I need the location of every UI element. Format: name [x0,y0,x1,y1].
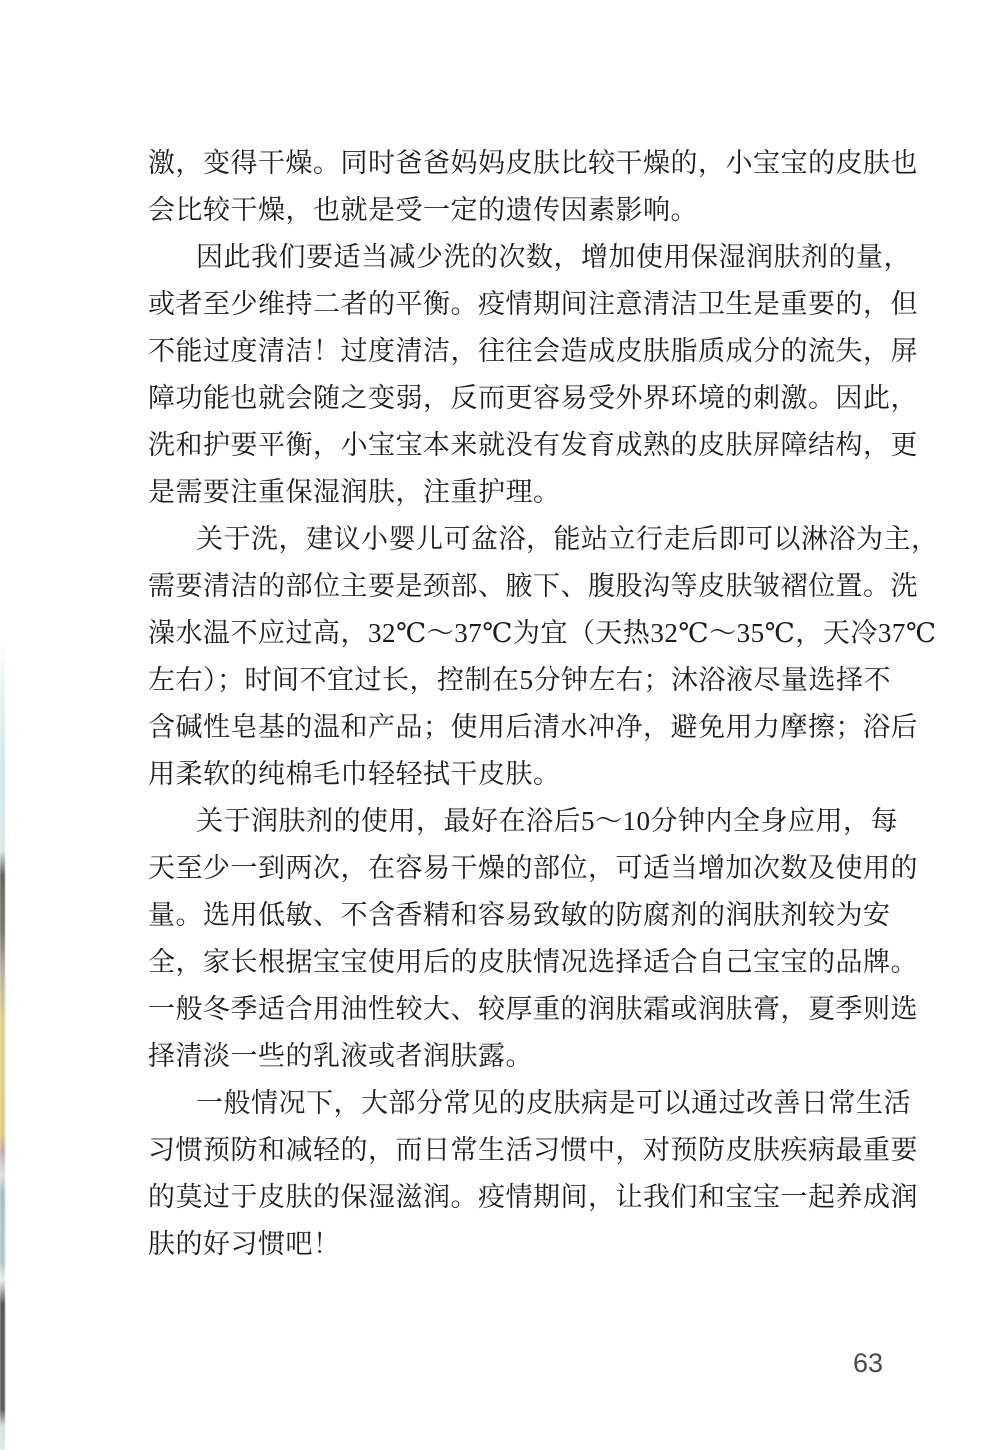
text-line: 澡水温不应过高，32℃～37℃为宜（天热32℃～35℃，天冷37℃ [148,610,879,657]
text-line: 障功能也就会随之变弱，反而更容易受外界环境的刺激。因此， [148,375,879,422]
text-line: 关于润肤剂的使用，最好在浴后5～10分钟内全身应用，每 [148,798,879,845]
text-line: 不能过度清洁！过度清洁，往往会造成皮肤脂质成分的流失，屏 [148,328,879,375]
text-line: 激，变得干燥。同时爸爸妈妈皮肤比较干燥的，小宝宝的皮肤也 [148,140,879,187]
text-line: 会比较干燥，也就是受一定的遗传因素影响。 [148,187,879,234]
text-line: 或者至少维持二者的平衡。疫情期间注意清洁卫生是重要的，但 [148,281,879,328]
text-line: 择清淡一些的乳液或者润肤露。 [148,1033,879,1080]
page-number: 63 [848,1348,888,1378]
text-line: 左右）；时间不宜过长，控制在5分钟左右；沐浴液尽量选择不 [148,657,879,704]
text-line: 洗和护要平衡，小宝宝本来就没有发育成熟的皮肤屏障结构，更 [148,422,879,469]
text-line: 用柔软的纯棉毛巾轻轻拭干皮肤。 [148,751,879,798]
text-line: 一般情况下，大部分常见的皮肤病是可以通过改善日常生活 [148,1080,879,1127]
body-text: 激，变得干燥。同时爸爸妈妈皮肤比较干燥的，小宝宝的皮肤也 会比较干燥，也就是受一… [148,140,879,1268]
text-line: 一般冬季适合用油性较大、较厚重的润肤霜或润肤膏，夏季则选 [148,986,879,1033]
text-line: 全，家长根据宝宝使用后的皮肤情况选择适合自己宝宝的品牌。 [148,939,879,986]
text-line: 是需要注重保湿润肤，注重护理。 [148,469,879,516]
text-line: 量。选用低敏、不含香精和容易致敏的防腐剂的润肤剂较为安 [148,892,879,939]
text-line: 关于洗，建议小婴儿可盆浴，能站立行走后即可以淋浴为主， [148,516,879,563]
text-line: 需要清洁的部位主要是颈部、腋下、腹股沟等皮肤皱褶位置。洗 [148,563,879,610]
document-page: 激，变得干燥。同时爸爸妈妈皮肤比较干燥的，小宝宝的皮肤也 会比较干燥，也就是受一… [0,0,1000,1450]
text-line: 天至少一到两次，在容易干燥的部位，可适当增加次数及使用的 [148,845,879,892]
book-edge-strip [0,640,5,1450]
text-line: 含碱性皂基的温和产品；使用后清水冲净，避免用力摩擦；浴后 [148,704,879,751]
text-line: 的莫过于皮肤的保湿滋润。疫情期间，让我们和宝宝一起养成润 [148,1174,879,1221]
text-line: 肤的好习惯吧！ [148,1221,879,1268]
text-line: 习惯预防和减轻的，而日常生活习惯中，对预防皮肤疾病最重要 [148,1127,879,1174]
text-line: 因此我们要适当减少洗的次数，增加使用保湿润肤剂的量， [148,234,879,281]
